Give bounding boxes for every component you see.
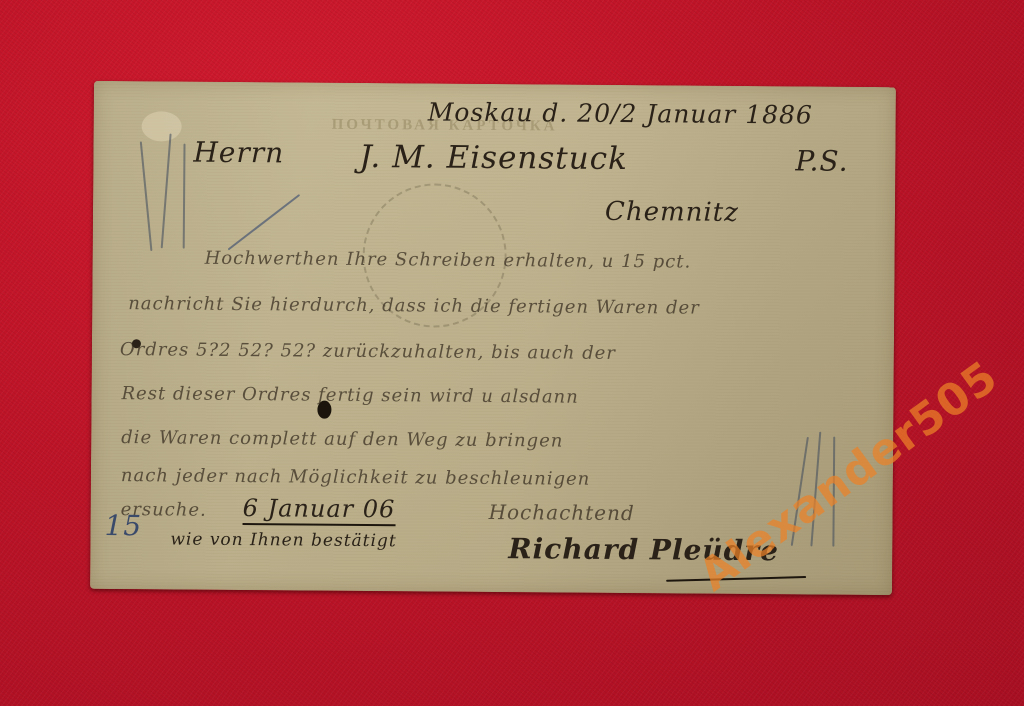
closing: Hochachtend bbox=[489, 500, 635, 525]
body-line-5: die Waren complett auf den Weg zu bringe… bbox=[121, 427, 563, 451]
pencil-mark bbox=[140, 141, 153, 251]
body-line-1: Hochwerthen Ihre Schreiben erhalten, u 1… bbox=[205, 248, 692, 273]
body-line-3: Ordres 5?2 52? 52? zurückzuhalten, bis a… bbox=[120, 339, 616, 364]
margin-number: 15 bbox=[104, 509, 142, 542]
paper-stain bbox=[142, 111, 182, 141]
pencil-stroke-blue bbox=[228, 194, 301, 250]
recipient-name: J. M. Eisenstuck bbox=[359, 139, 628, 177]
body-line-6: nach jeder nach Möglichkeit zu beschleun… bbox=[121, 465, 591, 490]
annotation-note: wie von Ihnen bestätigt bbox=[170, 529, 396, 551]
salutation: Herrn bbox=[193, 136, 284, 170]
body-line-4: Rest dieser Ordres fertig sein wird u al… bbox=[121, 383, 578, 408]
annotation-date: 6 Januar 06 bbox=[243, 494, 396, 526]
pencil-mark bbox=[161, 134, 172, 249]
pencil-mark bbox=[183, 144, 186, 249]
body-line-2: nachricht Sie hierdurch, dass ich die fe… bbox=[128, 293, 700, 318]
date-line: Moskau d. 20/2 Januar 1886 bbox=[428, 97, 813, 129]
address-suffix: P.S. bbox=[795, 144, 848, 177]
recipient-city: Chemnitz bbox=[605, 197, 739, 228]
